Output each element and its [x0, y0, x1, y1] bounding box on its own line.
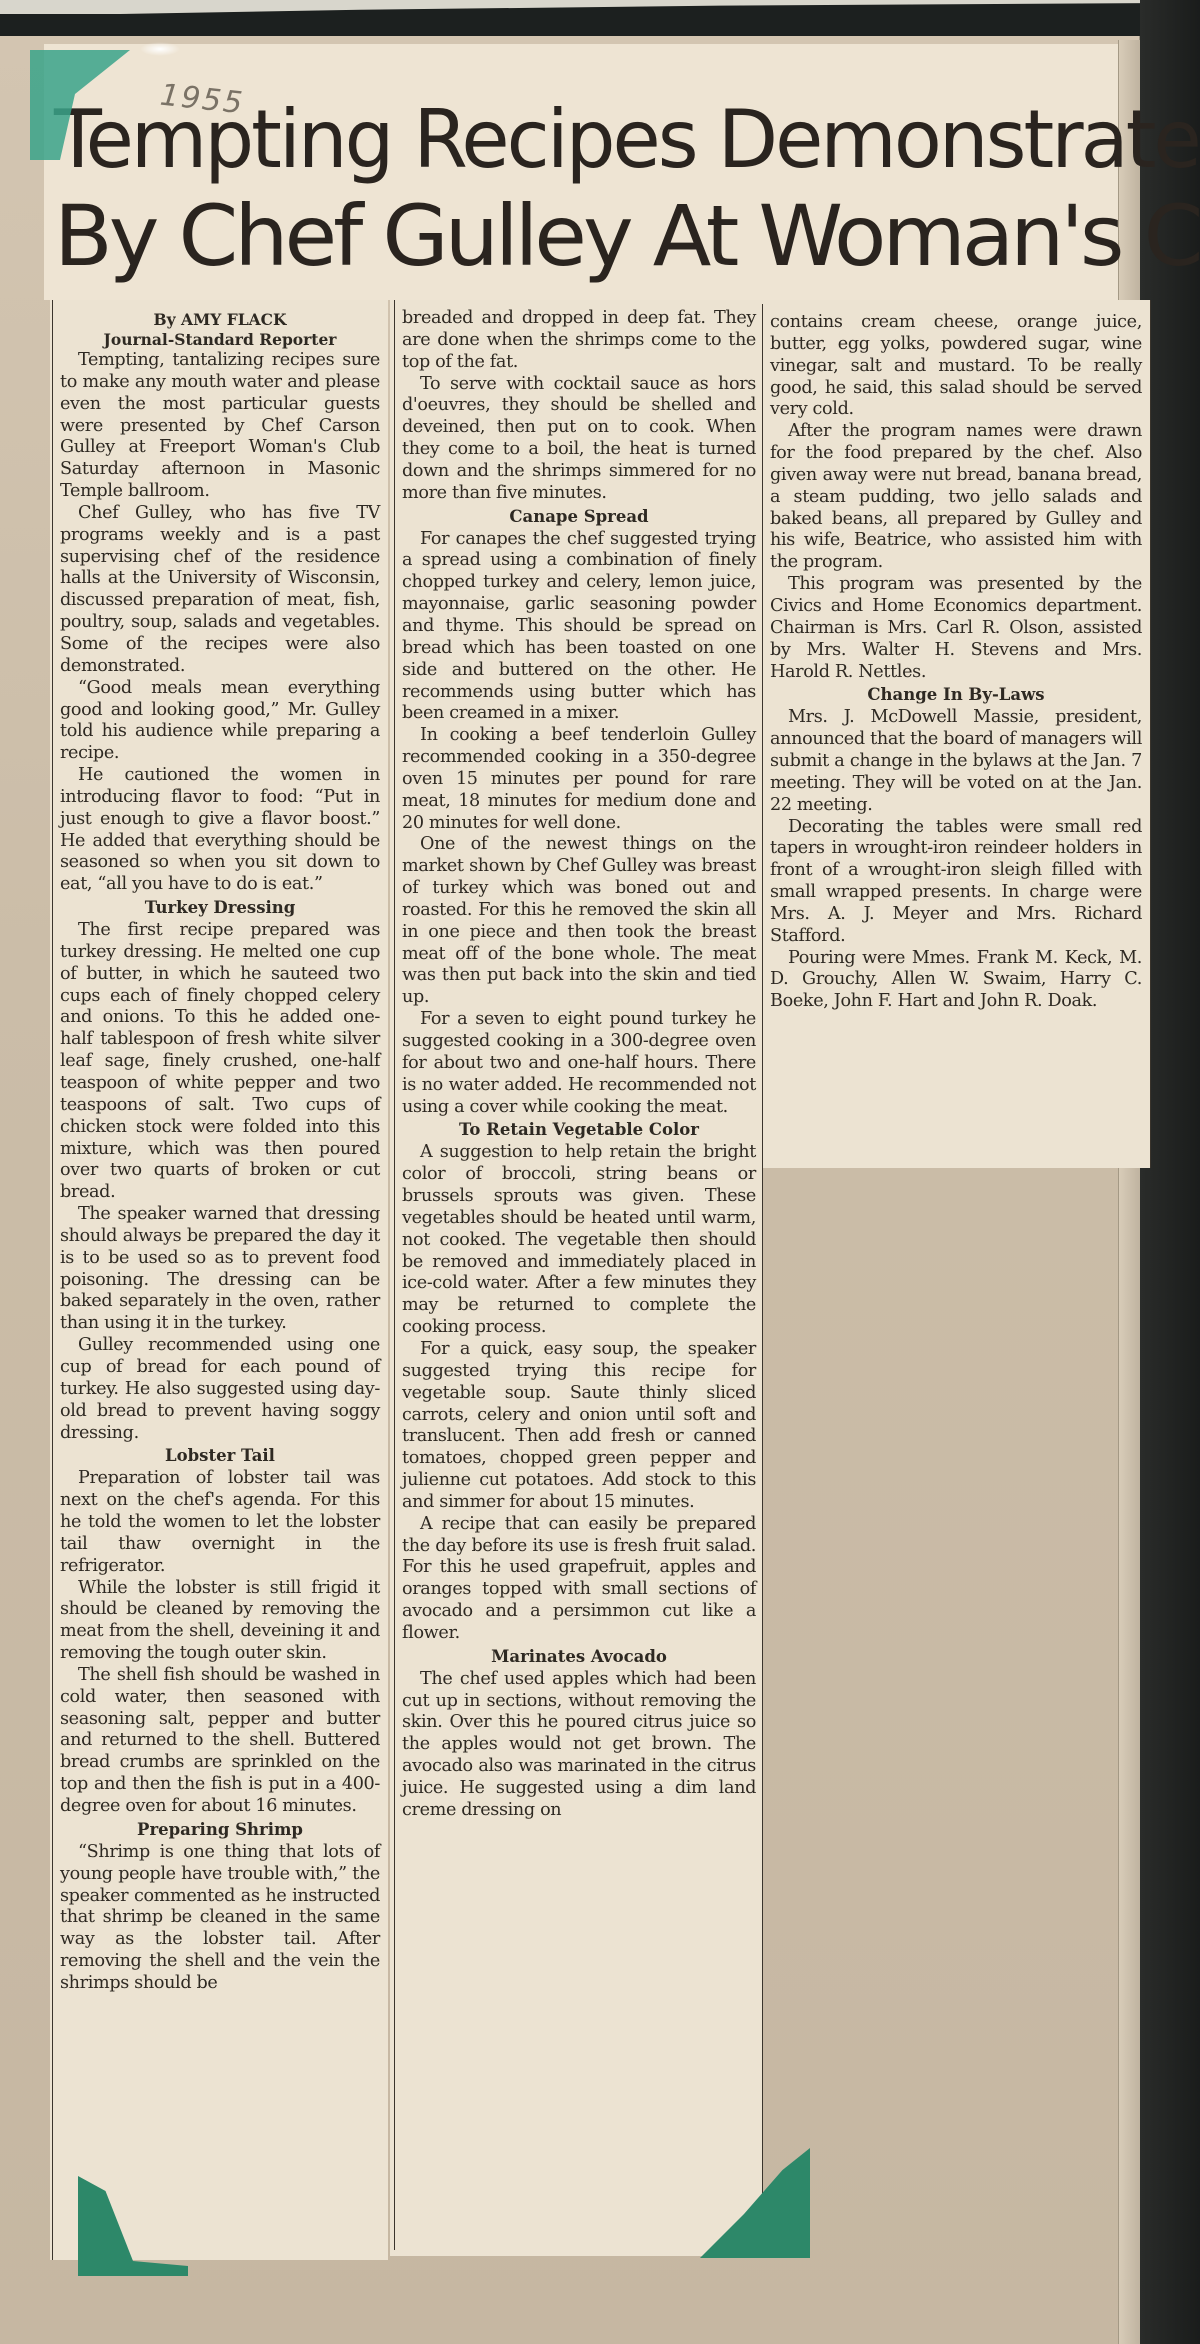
article-paragraph: He cautioned the women in introducing fl… — [60, 765, 380, 896]
column-rule — [394, 300, 395, 2250]
article-paragraph: Chef Gulley, who has five TV programs we… — [60, 503, 380, 678]
section-subhead: Canape Spread — [402, 505, 756, 529]
headline: Tempting Recipes Demonstrated By Chef Gu… — [54, 100, 1114, 278]
article-paragraph: For canapes the chef suggested trying a … — [402, 529, 756, 726]
column-rule — [762, 304, 763, 2254]
column-body: contains cream cheese, orange juice, but… — [770, 312, 1142, 1013]
byline-title: Journal-Standard Reporter — [60, 330, 380, 350]
article-paragraph: Gulley recommended using one cup of brea… — [60, 1335, 380, 1444]
article-column-left: By AMY FLACK Journal-Standard Reporter T… — [60, 310, 380, 1995]
headline-line-2: By Chef Gulley At Woman's Club — [54, 194, 1135, 278]
article-paragraph: “Shrimp is one thing that lots of young … — [60, 1842, 380, 1995]
column-body: Tempting, tantalizing recipes sure to ma… — [60, 350, 380, 1995]
section-subhead: Turkey Dressing — [60, 896, 380, 920]
article-paragraph: In cooking a beef tenderloin Gulley reco… — [402, 725, 756, 834]
article-paragraph: A recipe that can easily be prepared the… — [402, 1514, 756, 1645]
article-paragraph: For a quick, easy soup, the speaker sugg… — [402, 1339, 756, 1514]
article-paragraph: The first recipe prepared was turkey dre… — [60, 920, 380, 1204]
article-paragraph: For a seven to eight pound turkey he sug… — [402, 1009, 756, 1118]
byline-author: By AMY FLACK — [60, 310, 380, 330]
article-paragraph: “Good meals mean everything good and loo… — [60, 678, 380, 765]
column-body: breaded and dropped in deep fat. They ar… — [402, 308, 756, 1822]
article-paragraph: The shell fish should be washed in cold … — [60, 1665, 380, 1818]
article-paragraph: Tempting, tantalizing recipes sure to ma… — [60, 350, 380, 503]
backdrop-top — [0, 0, 1200, 40]
article-column-middle: breaded and dropped in deep fat. They ar… — [402, 308, 756, 1822]
article-paragraph: Pouring were Mmes. Frank M. Keck, M. D. … — [770, 948, 1142, 1014]
article-paragraph: contains cream cheese, orange juice, but… — [770, 312, 1142, 421]
section-subhead: Marinates Avocado — [402, 1645, 756, 1669]
column-rule — [52, 300, 53, 2260]
column-rule — [1150, 300, 1151, 1168]
article-paragraph: The chef used apples which had been cut … — [402, 1669, 756, 1822]
article-paragraph: While the lobster is still frigid it sho… — [60, 1578, 380, 1665]
article-paragraph: Decorating the tables were small red tap… — [770, 817, 1142, 948]
section-subhead: Preparing Shrimp — [60, 1818, 380, 1842]
article-paragraph: One of the newest things on the market s… — [402, 834, 756, 1009]
article-column-right: contains cream cheese, orange juice, but… — [770, 312, 1142, 1013]
section-subhead: To Retain Vegetable Color — [402, 1118, 756, 1142]
article-paragraph: Preparation of lobster tail was next on … — [60, 1468, 380, 1577]
article-paragraph: A suggestion to help retain the bright c… — [402, 1142, 756, 1339]
article-paragraph: To serve with cocktail sauce as hors d'o… — [402, 374, 756, 505]
section-subhead: Change In By-Laws — [770, 683, 1142, 707]
light-glare — [140, 42, 180, 56]
article-paragraph: This program was presented by the Civics… — [770, 574, 1142, 683]
article-paragraph: breaded and dropped in deep fat. They ar… — [402, 308, 756, 374]
article-paragraph: Mrs. J. McDowell Massie, president, anno… — [770, 707, 1142, 816]
section-subhead: Lobster Tail — [60, 1444, 380, 1468]
article-paragraph: The speaker warned that dressing should … — [60, 1204, 380, 1335]
article-paragraph: After the program names were drawn for t… — [770, 421, 1142, 574]
headline-line-1: Tempting Recipes Demonstrated — [54, 100, 1093, 180]
